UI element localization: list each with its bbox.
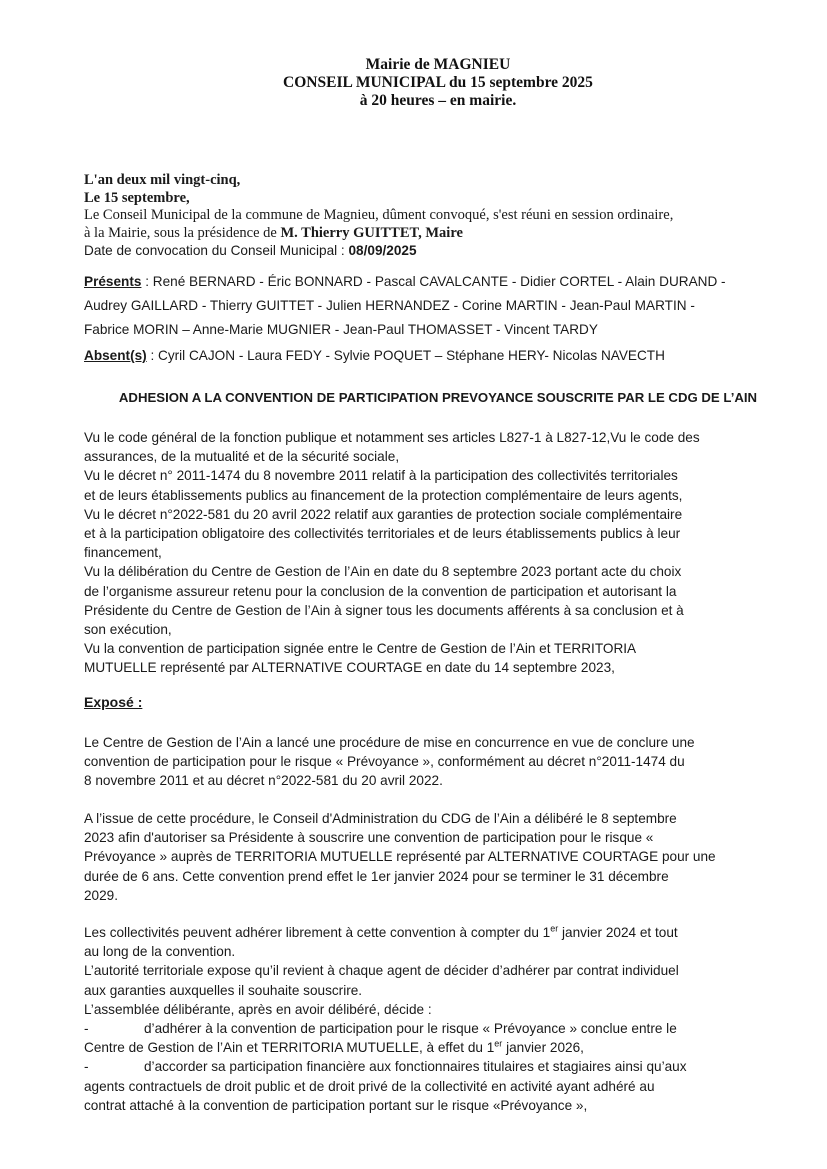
present-line-2: Audrey GAILLARD - Thierry GUITTET - Juli… <box>84 294 814 318</box>
present-line-1: Présents : René BERNARD - Éric BONNARD -… <box>84 270 814 294</box>
header-time-place: à 20 heures – en mairie. <box>0 92 827 110</box>
consideration-line: Vu le décret n°2022-581 du 20 avril 2022… <box>84 505 814 524</box>
dash-bullet: - <box>84 1057 144 1076</box>
consideration-line: Vu le code général de la fonction publiq… <box>84 428 814 447</box>
deliberation-title: ADHESION A LA CONVENTION DE PARTICIPATIO… <box>0 388 827 408</box>
convocation-line: Date de convocation du Conseil Municipal… <box>84 242 814 260</box>
presidency-prefix: à la Mairie, sous la présidence de <box>84 225 280 241</box>
decision-item-1: -d’adhérer à la convention de participat… <box>84 1019 814 1057</box>
consideration-line: MUTUELLE représenté par ALTERNATIVE COUR… <box>84 658 814 677</box>
consideration-line: Présidente du Centre de Gestion de l’Ain… <box>84 601 814 620</box>
meeting-intro: L'an deux mil vingt-cinq, Le 15 septembr… <box>84 172 814 260</box>
consideration-line: Vu la délibération du Centre de Gestion … <box>84 562 814 581</box>
dash-bullet: - <box>84 1019 144 1038</box>
consideration-line: Vu le décret n° 2011-1474 du 8 novembre … <box>84 466 814 485</box>
consideration-line: et de leurs établissements publics au fi… <box>84 486 814 505</box>
consideration-line: assurances, de la mutualité et de la séc… <box>84 447 814 466</box>
document-page: Mairie de MAGNIEU CONSEIL MUNICIPAL du 1… <box>0 0 827 1169</box>
consideration-line: son exécution, <box>84 620 814 639</box>
absent-members: Absent(s) : Cyril CAJON - Laura FEDY - S… <box>84 346 814 366</box>
convocation-date: 08/09/2025 <box>348 243 416 258</box>
consideration-line: financement, <box>84 543 814 562</box>
considerations: Vu le code général de la fonction publiq… <box>84 428 814 678</box>
document-header: Mairie de MAGNIEU CONSEIL MUNICIPAL du 1… <box>0 56 827 110</box>
expose-heading: Exposé : <box>84 692 814 712</box>
header-town: Mairie de MAGNIEU <box>0 56 827 74</box>
convocation-label: Date de convocation du Conseil Municipal… <box>84 243 348 258</box>
consideration-line: de l’organisme assureur retenu pour la c… <box>84 582 814 601</box>
absent-label: Absent(s) <box>84 348 147 363</box>
consideration-line: Vu la convention de participation signée… <box>84 639 814 658</box>
year-line: L'an deux mil vingt-cinq, <box>84 172 814 190</box>
expose-paragraph-3: Les collectivités peuvent adhérer librem… <box>84 923 814 1115</box>
president-name: M. Thierry GUITTET, Maire <box>280 225 462 241</box>
expose-paragraph-1: Le Centre de Gestion de l’Ain a lancé un… <box>84 733 814 791</box>
date-line: Le 15 septembre, <box>84 190 814 208</box>
presidency-line: à la Mairie, sous la présidence de M. Th… <box>84 225 814 243</box>
present-line-3: Fabrice MORIN – Anne-Marie MUGNIER - Jea… <box>84 318 814 342</box>
decision-item-2: -d’accorder sa participation financière … <box>84 1057 814 1115</box>
header-council-date: CONSEIL MUNICIPAL du 15 septembre 2025 <box>0 74 827 92</box>
consideration-line: et à la participation obligatoire des co… <box>84 524 814 543</box>
absent-list: : Cyril CAJON - Laura FEDY - Sylvie POQU… <box>147 348 665 363</box>
present-label: Présents <box>84 274 141 289</box>
expose-paragraph-2: A l’issue de cette procédure, le Conseil… <box>84 809 814 905</box>
convened-line: Le Conseil Municipal de la commune de Ma… <box>84 207 814 225</box>
present-members: Présents : René BERNARD - Éric BONNARD -… <box>84 270 814 342</box>
